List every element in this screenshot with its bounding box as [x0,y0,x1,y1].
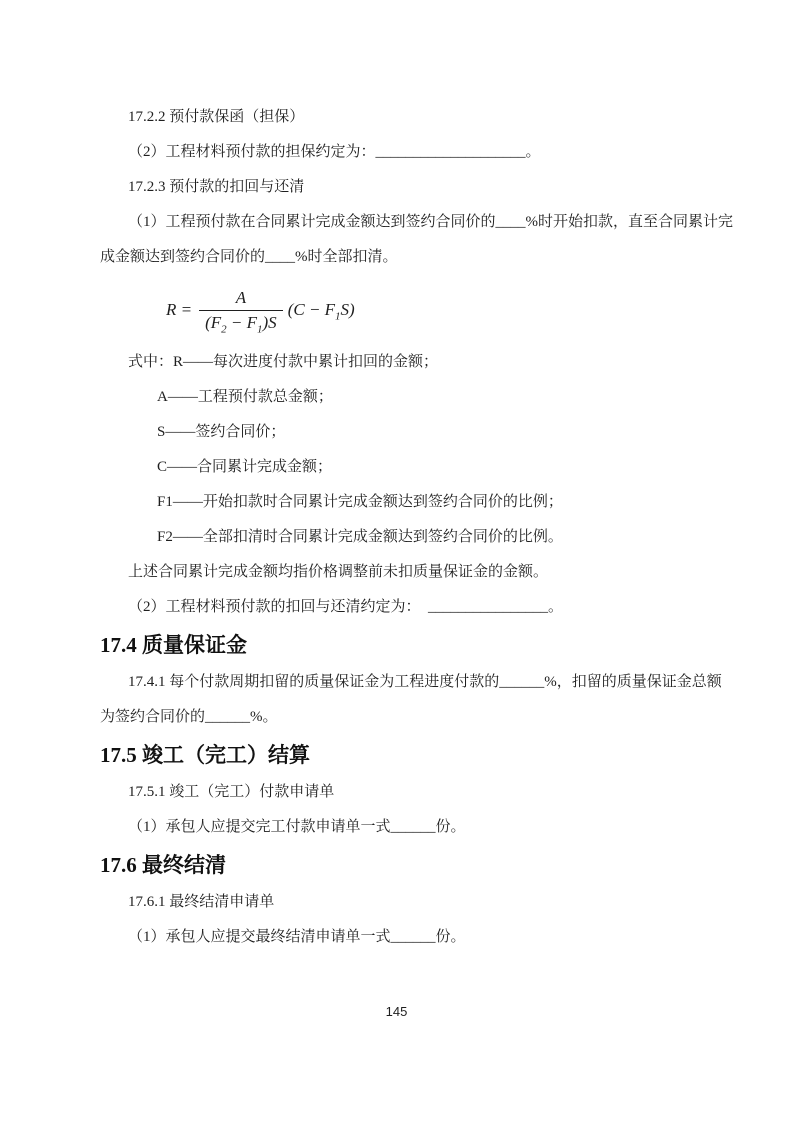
formula-lhs: R = [166,300,192,320]
clause-final-settlement-application: （1）承包人应提交最终结清申请单一式______份。 [100,920,708,955]
page-number: 145 [0,1004,793,1019]
clause-17-4-1-line2: 为签约合同价的______%。 [100,700,708,735]
formula-legend-C: C——合同累计完成金额； [100,450,708,485]
formula-legend-F2: F2——全部扣清时合同累计完成金额达到签约合同价的比例。 [100,520,708,555]
document-page: 17.2.2 预付款保函（担保） （2）工程材料预付款的担保约定为：______… [0,0,793,1122]
formula-legend-A: A——工程预付款总金额； [100,380,708,415]
section-heading-17-5: 17.5 竣工（完工）结算 [100,735,708,775]
clause-17-2-3-title: 17.2.3 预付款的扣回与还清 [100,170,708,205]
clause-material-prepay-repayment: （2）工程材料预付款的扣回与还清约定为： ________________。 [100,590,708,625]
clause-17-2-2-title: 17.2.2 预付款保函（担保） [100,100,708,135]
clause-cumulative-amount-note: 上述合同累计完成金额均指价格调整前未扣质量保证金的金额。 [100,555,708,590]
clause-prepay-deduction-line1: （1）工程预付款在合同累计完成金额达到签约合同价的____%时开始扣款，直至合同… [100,205,708,240]
document-body: 17.2.2 预付款保函（担保） （2）工程材料预付款的担保约定为：______… [0,0,793,955]
clause-prepay-deduction-line2: 成金额达到签约合同价的____%时全部扣清。 [100,240,708,275]
clause-17-6-1-title: 17.6.1 最终结清申请单 [100,885,708,920]
formula-fraction: A (F2 − F1)S [199,288,283,333]
formula-denominator: (F2 − F1)S [199,310,283,333]
clause-material-prepay-guarantee: （2）工程材料预付款的担保约定为：____________________。 [100,135,708,170]
deduction-formula: R = A (F2 − F1)S (C − F1S) [100,275,708,345]
formula-legend-F1: F1——开始扣款时合同累计完成金额达到签约合同价的比例； [100,485,708,520]
formula-legend-S: S——签约合同价； [100,415,708,450]
clause-17-4-1-line1: 17.4.1 每个付款周期扣留的质量保证金为工程进度付款的______%，扣留的… [100,665,708,700]
clause-completion-payment-application: （1）承包人应提交完工付款申请单一式______份。 [100,810,708,845]
section-heading-17-6: 17.6 最终结清 [100,845,708,885]
section-heading-17-4: 17.4 质量保证金 [100,625,708,665]
formula-numerator: A [230,288,252,310]
formula-legend-R: 式中：R——每次进度付款中累计扣回的金额； [100,345,708,380]
formula-tail: (C − F1S) [288,300,355,320]
clause-17-5-1-title: 17.5.1 竣工（完工）付款申请单 [100,775,708,810]
